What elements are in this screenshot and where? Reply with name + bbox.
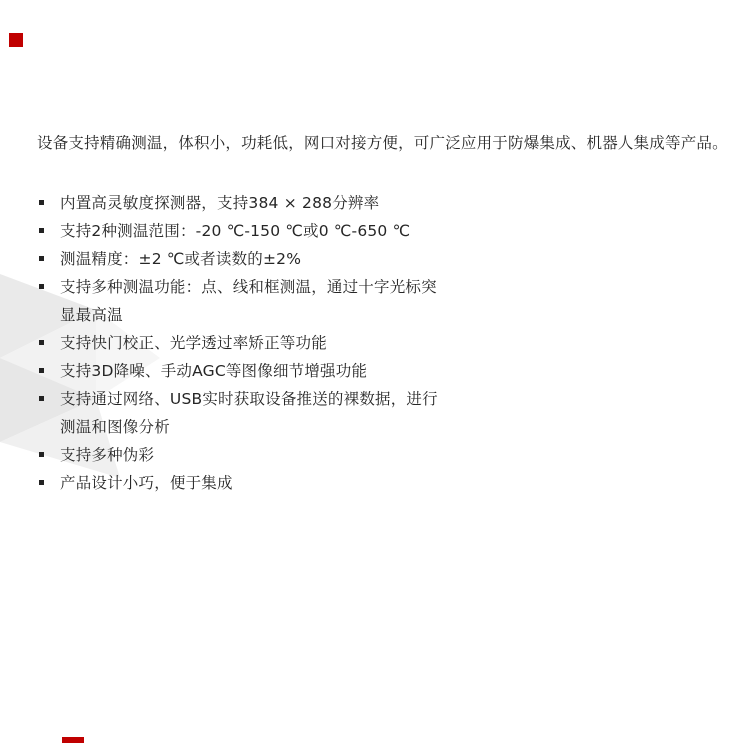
feature-text: 支持快门校正、光学透过率矫正等功能 xyxy=(60,334,327,352)
feature-item: 内置高灵敏度探测器，支持384 × 288分辨率 xyxy=(37,189,449,217)
brand-red-square xyxy=(9,33,23,47)
bullet-square-icon xyxy=(39,368,44,373)
intro-paragraph: 设备支持精确测温，体积小，功耗低，网口对接方便，可广泛应用于防爆集成、机器人集成… xyxy=(37,132,737,154)
feature-text: 支持通过网络、USB实时获取设备推送的裸数据，进行测温和图像分析 xyxy=(60,390,438,436)
bullet-square-icon xyxy=(39,396,44,401)
feature-text: 支持3D降噪、手动AGC等图像细节增强功能 xyxy=(60,362,367,380)
feature-text: 内置高灵敏度探测器，支持384 × 288分辨率 xyxy=(60,194,379,212)
feature-item: 产品设计小巧，便于集成 xyxy=(37,469,449,497)
feature-text: 支持多种测温功能：点、线和框测温，通过十字光标突显最高温 xyxy=(60,278,437,324)
feature-item: 测温精度：±2 ℃或者读数的±2% xyxy=(37,245,449,273)
feature-item: 支持多种伪彩 xyxy=(37,441,449,469)
bullet-square-icon xyxy=(39,284,44,289)
bullet-square-icon xyxy=(39,200,44,205)
bullet-square-icon xyxy=(39,228,44,233)
feature-item: 支持3D降噪、手动AGC等图像细节增强功能 xyxy=(37,357,449,385)
footer-red-dash xyxy=(62,737,84,743)
feature-text: 产品设计小巧，便于集成 xyxy=(60,474,233,492)
feature-text: 支持2种测温范围：-20 ℃-150 ℃或0 ℃-650 ℃ xyxy=(60,222,410,240)
bullet-square-icon xyxy=(39,340,44,345)
bullet-square-icon xyxy=(39,452,44,457)
feature-item: 支持通过网络、USB实时获取设备推送的裸数据，进行测温和图像分析 xyxy=(37,385,449,441)
feature-item: 支持2种测温范围：-20 ℃-150 ℃或0 ℃-650 ℃ xyxy=(37,217,449,245)
feature-item: 支持快门校正、光学透过率矫正等功能 xyxy=(37,329,449,357)
product-spec-page: 设备支持精确测温，体积小，功耗低，网口对接方便，可广泛应用于防爆集成、机器人集成… xyxy=(0,0,750,750)
bullet-square-icon xyxy=(39,256,44,261)
bullet-square-icon xyxy=(39,480,44,485)
feature-text: 支持多种伪彩 xyxy=(60,446,154,464)
feature-item: 支持多种测温功能：点、线和框测温，通过十字光标突显最高温 xyxy=(37,273,449,329)
feature-list: 内置高灵敏度探测器，支持384 × 288分辨率支持2种测温范围：-20 ℃-1… xyxy=(37,189,449,497)
feature-text: 测温精度：±2 ℃或者读数的±2% xyxy=(60,250,301,268)
